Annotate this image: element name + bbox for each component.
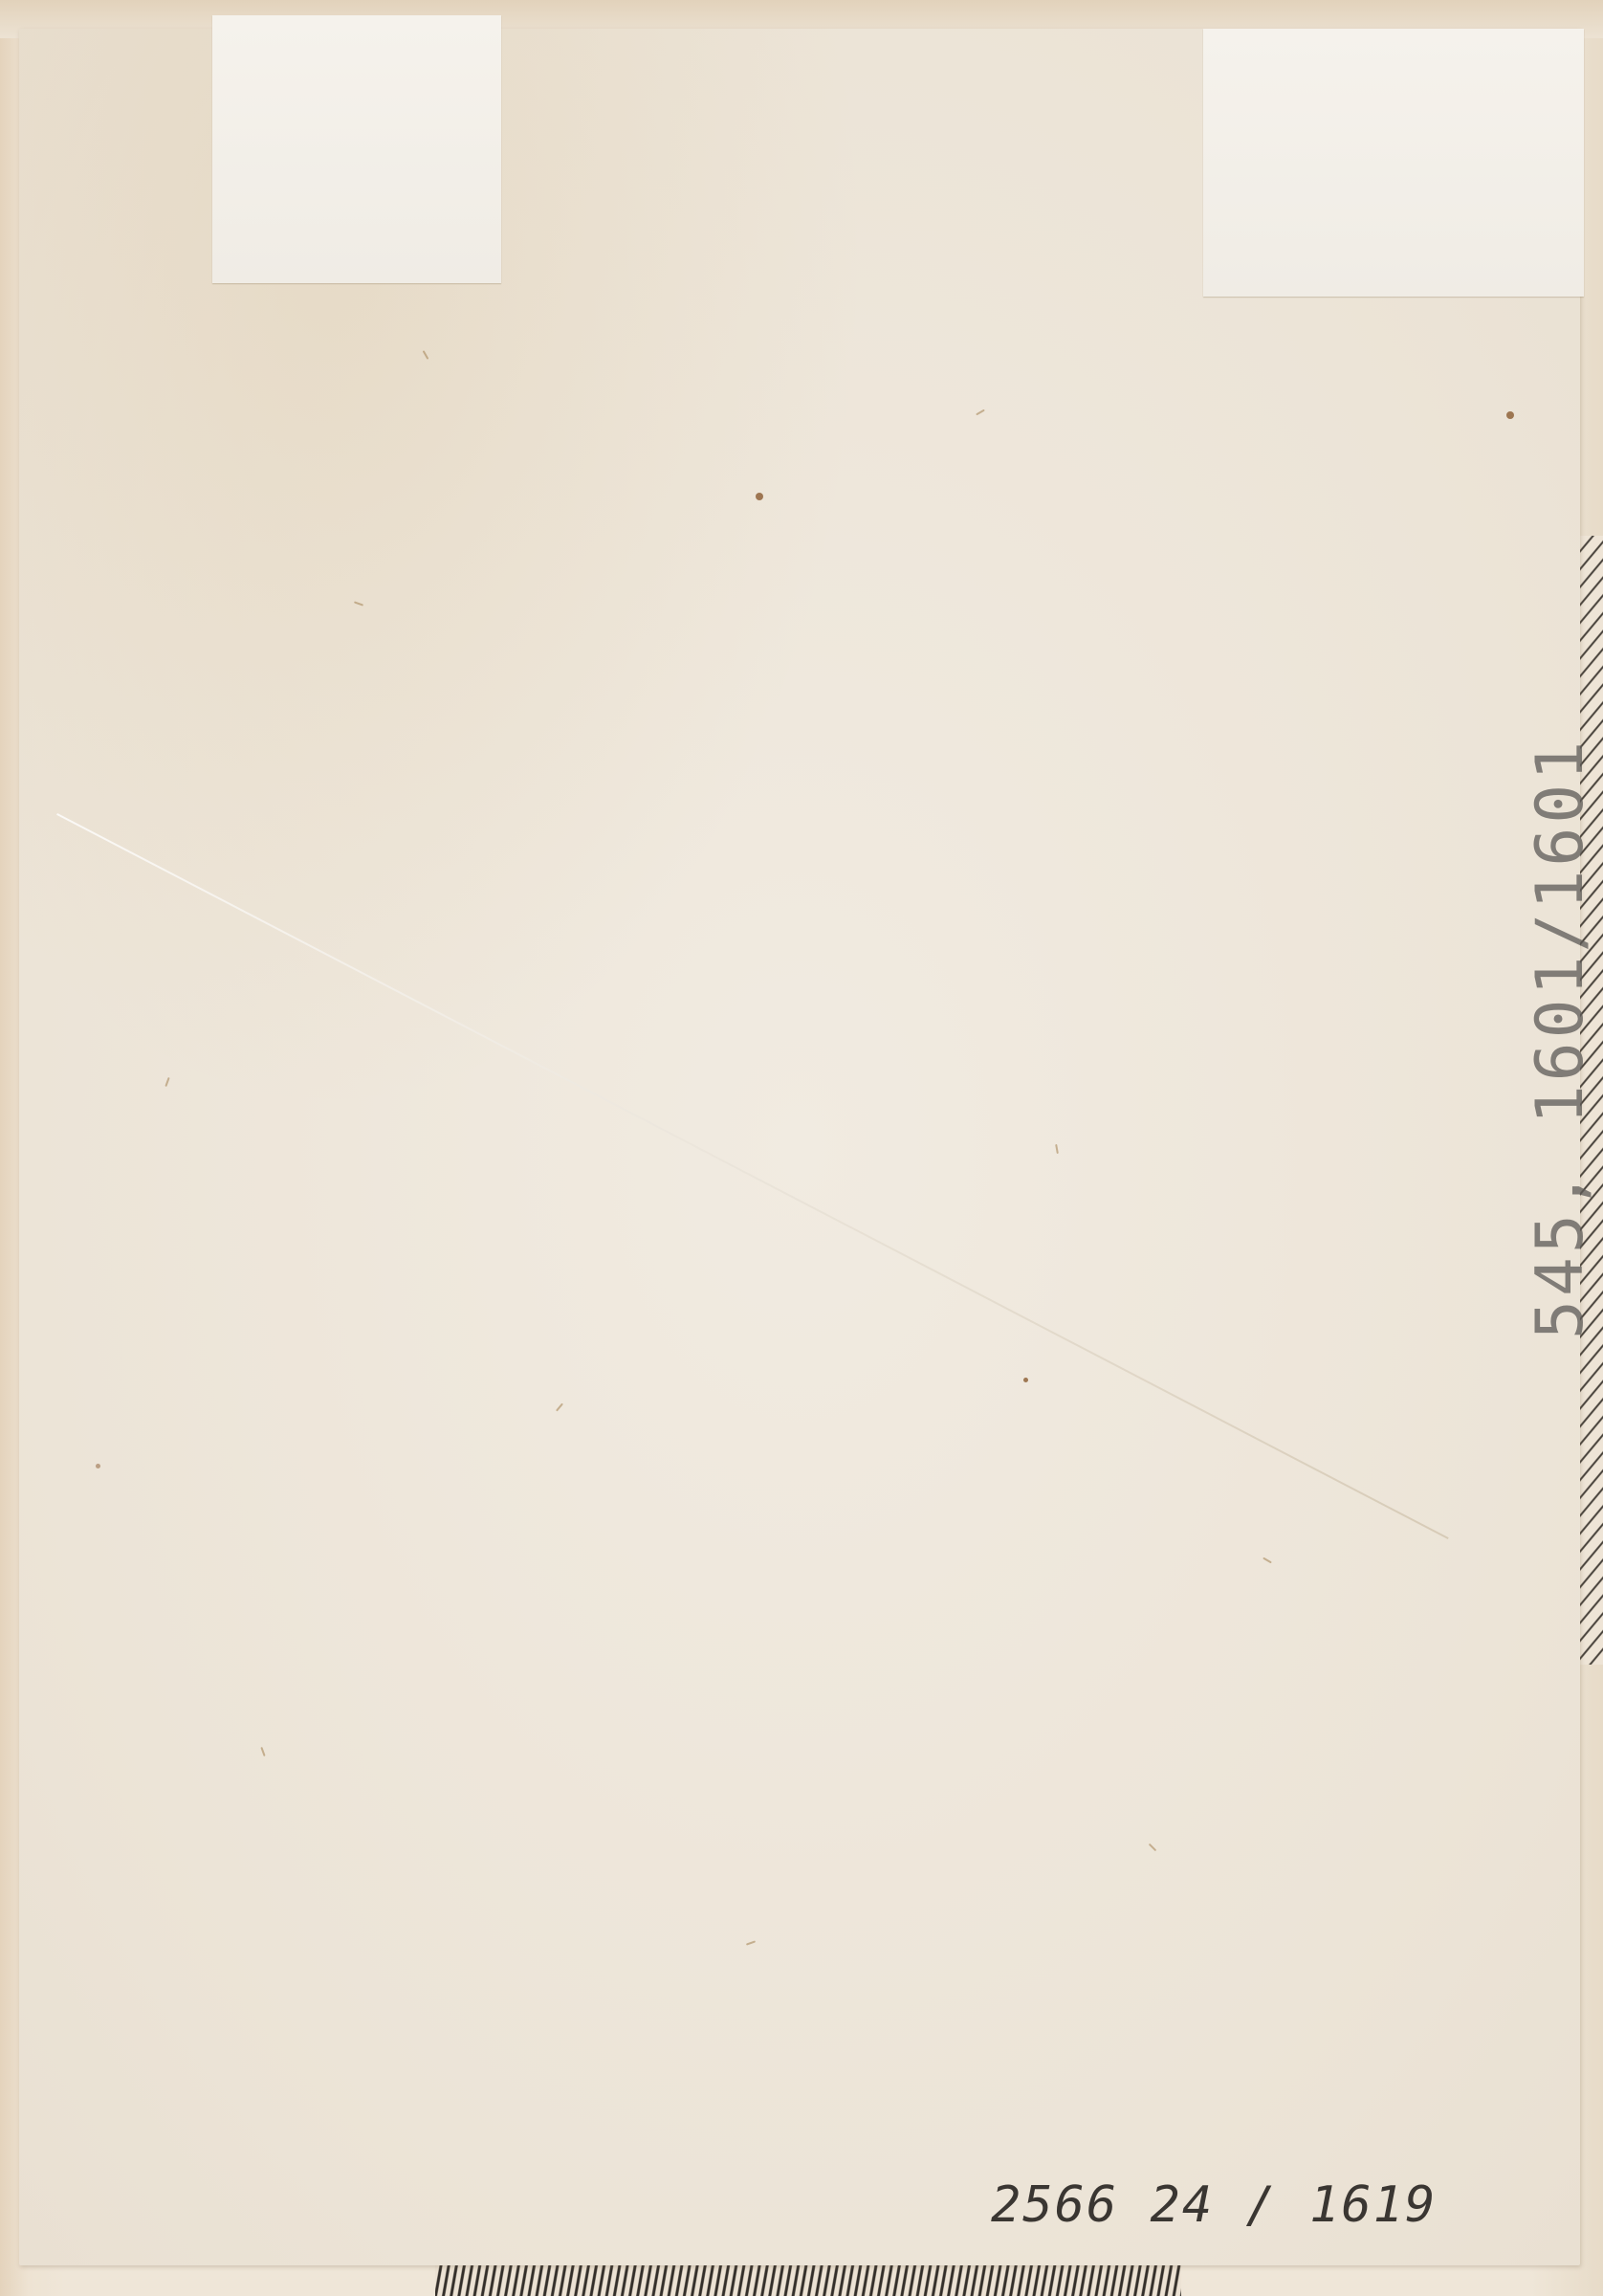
pencil-inscription: 545, 1601/1601: [1523, 738, 1598, 1339]
foxing-spot: [1506, 411, 1514, 419]
paper-crease: [56, 813, 1449, 1539]
engraving-edge-bottom: [435, 2265, 1181, 2296]
hinge-tape-right: [1203, 29, 1584, 297]
hinge-tape-left: [212, 15, 501, 283]
backing-sheet: [19, 29, 1580, 2265]
foxing-spot: [756, 493, 763, 500]
foxing-spot: [1023, 1378, 1028, 1382]
ink-inscription: 2566 24 / 1619: [991, 2176, 1437, 2234]
foxing-spot: [96, 1464, 100, 1468]
